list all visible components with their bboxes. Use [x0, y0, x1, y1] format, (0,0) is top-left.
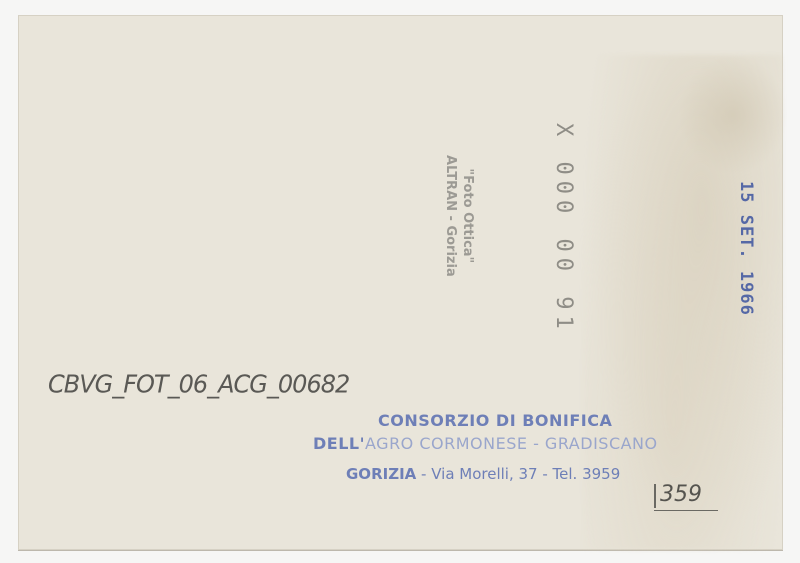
photographer-stamp-line1: "Foto Ottica"	[459, 155, 476, 277]
date-stamp: 15 SET. 1966	[736, 181, 756, 316]
photographer-stamp: "Foto Ottica" ALTRAN - Gorizia	[442, 155, 476, 277]
institution-stamp-city: GORIZIA	[346, 465, 416, 483]
photographer-stamp-line2: ALTRAN - Gorizia	[442, 155, 459, 277]
institution-stamp-line1: CONSORZIO DI BONIFICA	[378, 411, 612, 430]
institution-stamp-line2: DELL'AGRO CORMONESE - GRADISCANO	[313, 434, 658, 453]
serial-number-stamp: X 000 00 91	[551, 123, 576, 335]
handwritten-number: 359	[654, 482, 708, 507]
water-stain-top	[678, 55, 788, 175]
institution-stamp-line3: GORIZIA - Via Morelli, 37 - Tel. 3959	[346, 465, 620, 483]
archive-code: CBVG_FOT_06_ACG_00682	[48, 369, 349, 398]
institution-stamp-line2-faint: AGRO CORMONESE - GRADISCANO	[365, 434, 658, 453]
institution-stamp-line2-strong: DELL'	[313, 434, 365, 453]
institution-stamp-address: - Via Morelli, 37 - Tel. 3959	[416, 465, 620, 483]
